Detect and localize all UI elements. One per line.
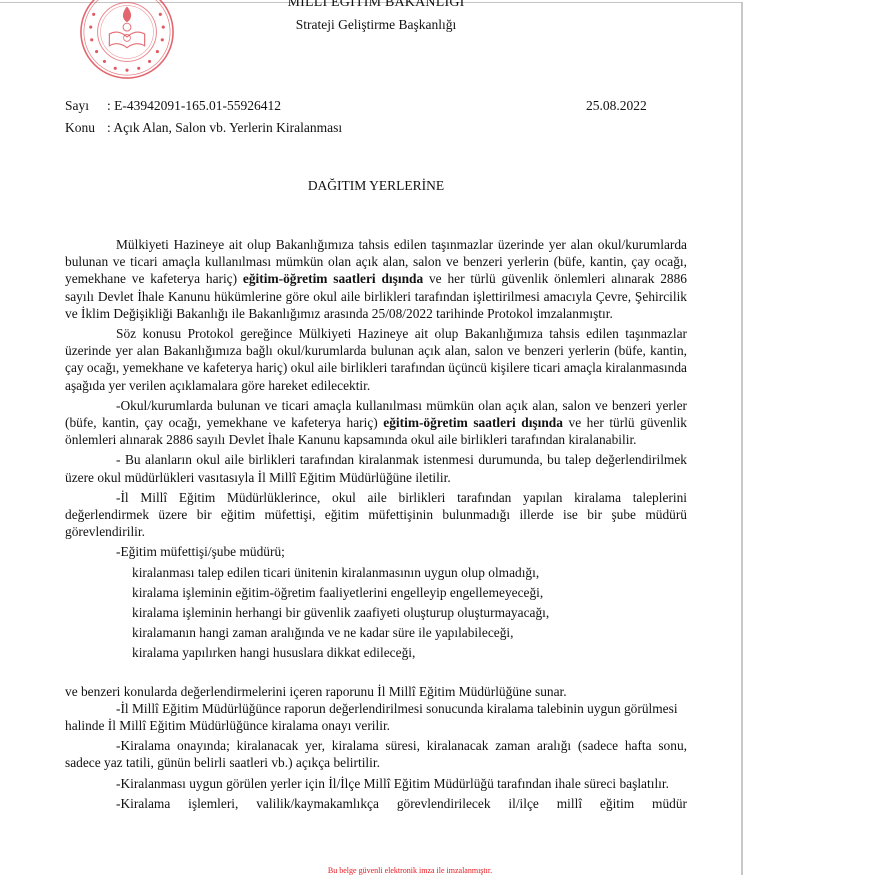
paragraph-8: -İl Millî Eğitim Müdürlüğünce raporun de…	[65, 700, 687, 734]
list-item: kiralama işleminin herhangi bir güvenlik…	[132, 603, 687, 623]
paragraph-7: ve benzeri konularda değerlendirmelerini…	[65, 683, 687, 700]
paragraph-11: -Kiralama işlemleri, valilik/kaymakamlık…	[65, 795, 687, 812]
number-label: Sayı	[65, 98, 107, 114]
addressee: DAĞITIM YERLERİNE	[0, 178, 752, 194]
institution-name: MİLLÎ EĞİTİM BAKANLIĞI	[0, 0, 752, 11]
paragraph-5: -İl Millî Eğitim Müdürlüklerince, okul a…	[65, 489, 687, 541]
evaluation-criteria-list: kiralanması talep edilen ticari ünitenin…	[65, 563, 687, 663]
paragraph-10: -Kiralanması uygun görülen yerler için İ…	[65, 775, 687, 792]
department-name: Strateji Geliştirme Başkanlığı	[0, 17, 752, 33]
paragraph-9: -Kiralama onayında; kiralanacak yer, kir…	[65, 737, 687, 771]
document-body: Mülkiyeti Hazineye ait olup Bakanlığımız…	[65, 236, 687, 812]
document-subject: Konu: Açık Alan, Salon vb. Yerlerin Kira…	[65, 120, 342, 136]
number-value: : E-43942091-165.01-55926412	[107, 98, 281, 113]
paragraph-3-emphasis: eğitim-öğretim saatleri dışında	[383, 415, 563, 430]
ministry-seal-icon	[78, 0, 176, 81]
document-page: MİLLÎ EĞİTİM BAKANLIĞI Strateji Geliştir…	[0, 2, 743, 875]
paragraph-6: -Eğitim müfettişi/şube müdürü;	[65, 543, 687, 560]
paragraph-1: Mülkiyeti Hazineye ait olup Bakanlığımız…	[65, 236, 687, 322]
document-date: 25.08.2022	[586, 98, 647, 114]
subject-label: Konu	[65, 120, 107, 136]
list-item: kiralanması talep edilen ticari ünitenin…	[132, 563, 687, 583]
paragraph-2: Söz konusu Protokol gereğince Mülkiyeti …	[65, 325, 687, 394]
paragraph-4: - Bu alanların okul aile birlikleri tara…	[65, 451, 687, 485]
paragraph-3: -Okul/kurumlarda bulunan ve ticari amaçl…	[65, 397, 687, 449]
list-item: kiralama işleminin eğitim-öğretim faaliy…	[132, 583, 687, 603]
subject-value: : Açık Alan, Salon vb. Yerlerin Kiralanm…	[107, 120, 342, 135]
document-number: Sayı: E-43942091-165.01-55926412	[65, 98, 281, 114]
list-item: kiralama yapılırken hangi hususlara dikk…	[132, 643, 687, 663]
paragraph-1-emphasis: eğitim-öğretim saatleri dışında	[243, 271, 423, 286]
list-item: kiralamanın hangi zaman aralığında ve ne…	[132, 623, 687, 643]
e-signature-note: Bu belge güvenli elektronik imza ile imz…	[0, 866, 820, 875]
